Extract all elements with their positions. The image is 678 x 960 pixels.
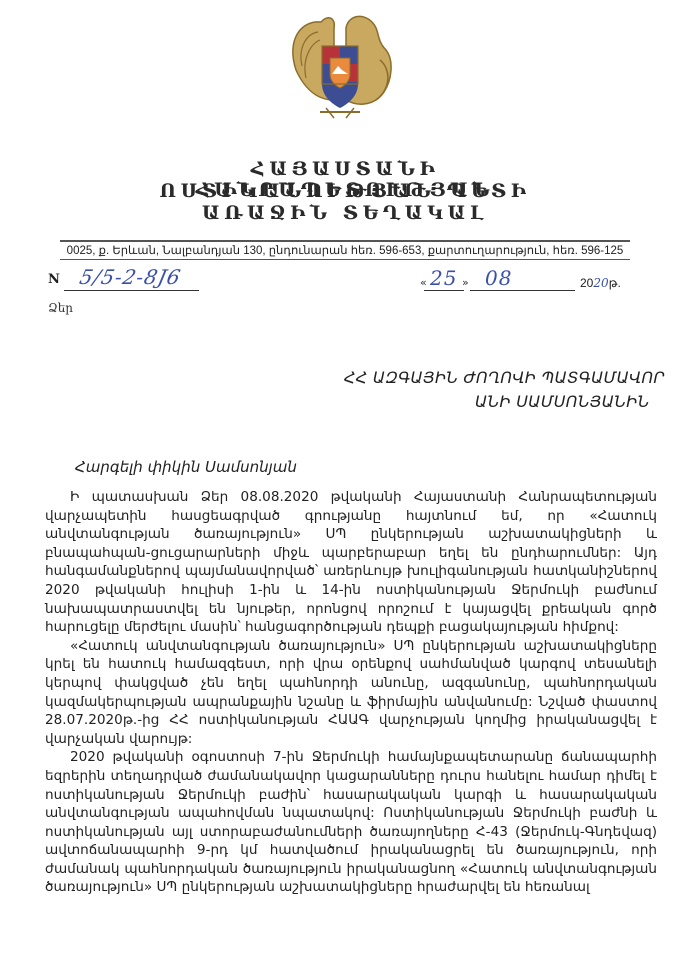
recipient-name: ԱՆԻ ՍԱՄՍՈՆՅԱՆԻՆ <box>475 392 650 411</box>
letter-page: ՀԱՅԱՍՏԱՆԻ ՀԱՆՐԱՊԵՏՈՒԹՅԱՆ ՈՍՏԻԿԱՆՈՒԹՅԱՆ Պ… <box>0 0 678 960</box>
date-month-handwritten: 08 <box>485 266 512 290</box>
body-paragraph-3: 2020 թվականի օգոստոսի 7-ին Ջերմուկի համա… <box>45 748 657 897</box>
reference-number-handwritten: 5/5-2-8J6 <box>77 265 183 289</box>
date-day-line <box>424 290 464 291</box>
date-year-suffix-handwritten: 20 <box>593 276 608 290</box>
letter-body: Ի պատասխան Ձեր 08.08.2020 թվականի Հայաստ… <box>45 488 657 897</box>
date-quote-open: « <box>420 276 427 289</box>
date-year-prefix: 20 <box>580 276 593 290</box>
letterhead-title-line-3: ԱՌԱՋԻՆ ՏԵՂԱԿԱԼ <box>110 203 580 224</box>
reference-number-line <box>64 290 199 291</box>
salutation: Հարգելի փիկին Սամսոնյան <box>75 458 297 476</box>
your-reference-label: Ձեր <box>48 301 73 315</box>
date-quote-close: » <box>462 276 469 289</box>
date-year: 2020թ. <box>580 276 621 290</box>
date-day-handwritten: 25 <box>430 266 457 290</box>
letterhead-address: 0025, ք. Երևան, Նալբանդյան 130, ընդունար… <box>60 243 630 257</box>
header-divider-top <box>60 240 630 242</box>
recipient-title: ՀՀ ԱԶԳԱՅԻՆ ԺՈՂՈՎԻ ՊԱՏԳԱՄԱՎՈՐ <box>344 368 665 387</box>
date-year-unit: թ. <box>609 276 621 290</box>
body-paragraph-1: Ի պատասխան Ձեր 08.08.2020 թվականի Հայաստ… <box>45 488 657 637</box>
letterhead-title-line-2: ՈՍՏԻԿԱՆՈՒԹՅԱՆ ՊԵՏԻ <box>110 181 580 202</box>
header-divider-bottom <box>60 259 630 260</box>
body-paragraph-2: «Հատուկ անվտանգության ծառայություն» ՍՊ ը… <box>45 637 657 749</box>
date-month-line <box>470 290 575 291</box>
coat-of-arms-icon <box>276 0 404 128</box>
reference-number-label: N <box>48 272 60 287</box>
